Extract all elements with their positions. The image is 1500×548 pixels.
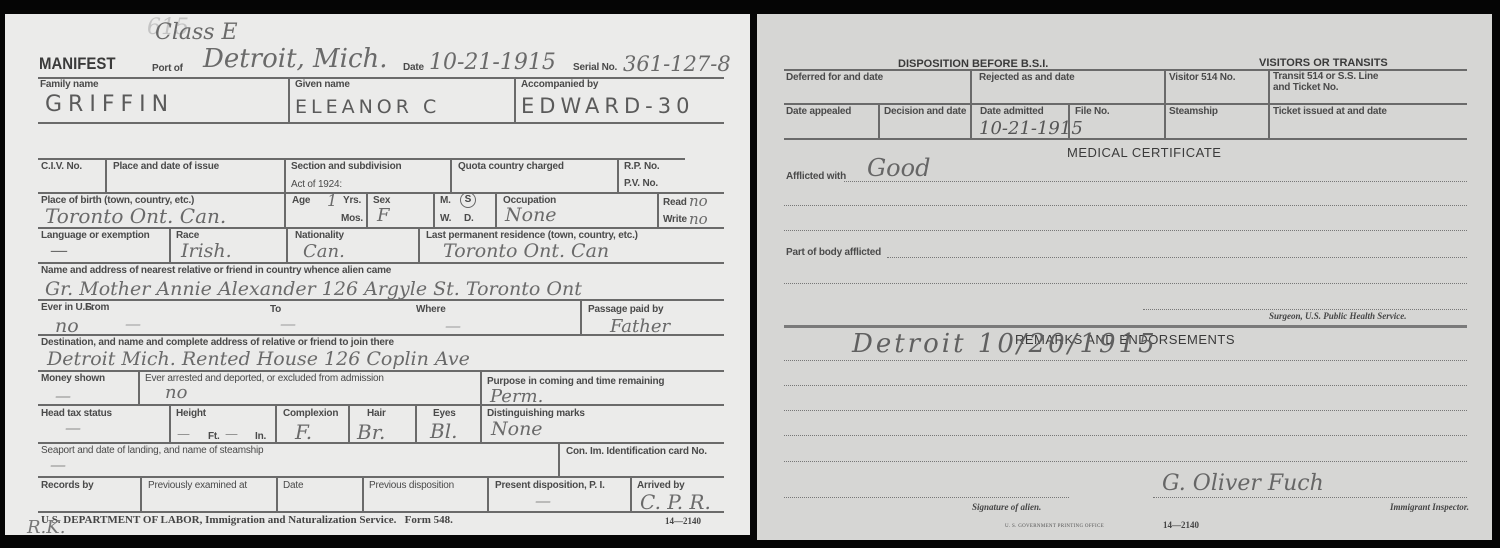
relative-value: Gr. Mother Annie Alexander 126 Argyle St… (45, 278, 582, 300)
file-label: File No. (1075, 106, 1110, 117)
language-value: — (50, 240, 68, 261)
hair-value: Br. (357, 420, 385, 444)
pv-label: P.V. No. (624, 178, 658, 189)
from-value: — (125, 314, 141, 333)
destination-value: Detroit Mich. Rented House 126 Coplin Av… (47, 348, 470, 370)
write-label: Write (663, 214, 687, 225)
seaport-value: — (50, 455, 66, 474)
afflicted-value: Good (867, 154, 930, 182)
eyes-value: Bl. (430, 419, 457, 443)
arrested-value: no (165, 382, 187, 403)
in-label: In. (255, 431, 266, 442)
mos-label: Mos. (341, 213, 363, 224)
rp-label: R.P. No. (624, 161, 659, 172)
visitors-title: VISITORS OR TRANSITS (1259, 57, 1388, 69)
relative-label: Name and address of nearest relative or … (41, 265, 391, 276)
quota-label: Quota country charged (458, 161, 564, 172)
signature-alien-label: Signature of alien. (972, 502, 1041, 512)
transit-label-line2: and Ticket No. (1273, 82, 1338, 93)
con-label: Con. Im. Identification card No. (566, 446, 707, 457)
appealed-label: Date appealed (786, 106, 851, 117)
date-label: Date (403, 62, 424, 73)
prev-exam-label: Previously examined at (148, 480, 247, 491)
class-note: Class E (155, 20, 238, 45)
inspector-label: Immigrant Inspector. (1390, 502, 1469, 512)
money-value: — (55, 386, 71, 405)
back-form-code: 14—2140 (1163, 520, 1199, 530)
married-label: M. (440, 195, 451, 206)
accompanied-value: EDWARD-30 (521, 94, 694, 118)
height-label: Height (176, 408, 206, 419)
department-footer: U.S. DEPARTMENT OF LABOR, Immigration an… (41, 514, 453, 526)
given-name-label: Given name (295, 79, 350, 90)
write-value: no (689, 210, 708, 228)
transit-label-line1: Transit 514 or S.S. Line (1273, 72, 1378, 82)
single-checked-circle: S (460, 192, 476, 208)
yrs-label: Yrs. (343, 195, 361, 206)
visitor-label: Visitor 514 No. (1169, 72, 1235, 83)
form-code: 14—2140 (665, 516, 701, 526)
family-name-label: Family name (40, 79, 98, 90)
headtax-value: — (65, 418, 81, 437)
to-value: — (280, 314, 296, 333)
prev-disp-label: Previous disposition (369, 480, 454, 491)
hair-label: Hair (367, 408, 386, 419)
date-value: 10-21-1915 (429, 50, 556, 75)
given-name-value: ELEANOR C (295, 96, 440, 118)
records-label: Records by (41, 480, 93, 491)
read-label: Read (663, 197, 687, 208)
complexion-value: F. (295, 420, 312, 444)
serial-label: Serial No. (573, 62, 617, 73)
decision-label: Decision and date (884, 106, 966, 117)
divorced-label: D. (464, 213, 474, 224)
act-label: Act of 1924: (291, 179, 342, 190)
accompanied-label: Accompanied by (521, 79, 598, 90)
birth-value: Toronto Ont. Can. (45, 204, 226, 228)
deferred-label: Deferred for and date (786, 72, 883, 83)
rejected-label: Rejected as and date (979, 72, 1074, 83)
nationality-label: Nationality (295, 230, 344, 241)
height-ft-value: — (177, 427, 190, 442)
date2-label: Date (283, 480, 303, 491)
manifest-card-back: DISPOSITION BEFORE B.S.I. VISITORS OR TR… (757, 14, 1492, 540)
widowed-label: W. (440, 213, 451, 224)
occupation-value: None (505, 204, 557, 226)
age-value: 1 (327, 191, 337, 210)
eyes-label: Eyes (433, 408, 456, 419)
body-label: Part of body afflicted (786, 247, 881, 258)
form-title: MANIFEST (39, 54, 115, 74)
present-disp-value: — (535, 491, 551, 510)
manifest-card-front: 615 Class E MANIFEST Port of Detroit, Mi… (5, 14, 750, 535)
surgeon-label: Surgeon, U.S. Public Health Service. (1269, 311, 1407, 321)
remarks-value: Detroit 10/20/1915 (852, 329, 1158, 359)
ticket-label: Ticket issued at and date (1273, 106, 1387, 117)
last-residence-value: Toronto Ont. Can (443, 240, 609, 262)
steamship-label: Steamship (1169, 106, 1218, 117)
family-name-value: GRIFFIN (45, 92, 174, 117)
civ-label: C.I.V. No. (41, 161, 82, 172)
sex-value: F (377, 205, 390, 226)
race-value: Irish. (181, 240, 232, 262)
height-in-value: — (225, 427, 238, 442)
printing-office: U. S. GOVERNMENT PRINTING OFFICE (1005, 524, 1104, 529)
port-label: Port of (152, 63, 183, 74)
admitted-label: Date admitted (980, 106, 1044, 117)
initials-note: R.K. (27, 517, 65, 538)
afflicted-label: Afflicted with (786, 171, 846, 182)
read-value: no (689, 192, 708, 210)
seaport-label: Seaport and date of landing, and name of… (41, 445, 263, 456)
marks-value: None (491, 418, 543, 440)
section-label: Section and subdivision (291, 161, 401, 172)
where-label: Where (416, 304, 446, 315)
from-label: From (85, 302, 109, 313)
nationality-value: Can. (303, 241, 345, 262)
money-label: Money shown (41, 373, 105, 384)
destination-label: Destination, and name and complete addre… (41, 337, 394, 348)
passage-label: Passage paid by (588, 304, 663, 315)
age-label: Age (292, 195, 310, 206)
where-value: — (445, 316, 461, 335)
serial-value: 361-127-8 (623, 52, 731, 76)
complexion-label: Complexion (283, 408, 338, 419)
place-issue-label: Place and date of issue (113, 161, 219, 172)
medical-title: MEDICAL CERTIFICATE (1067, 145, 1221, 160)
present-disp-label: Present disposition, P. I. (495, 480, 605, 491)
inspector-signature: G. Oliver Fuch (1162, 471, 1324, 496)
port-value: Detroit, Mich. (203, 44, 388, 74)
ft-label: Ft. (208, 431, 220, 442)
